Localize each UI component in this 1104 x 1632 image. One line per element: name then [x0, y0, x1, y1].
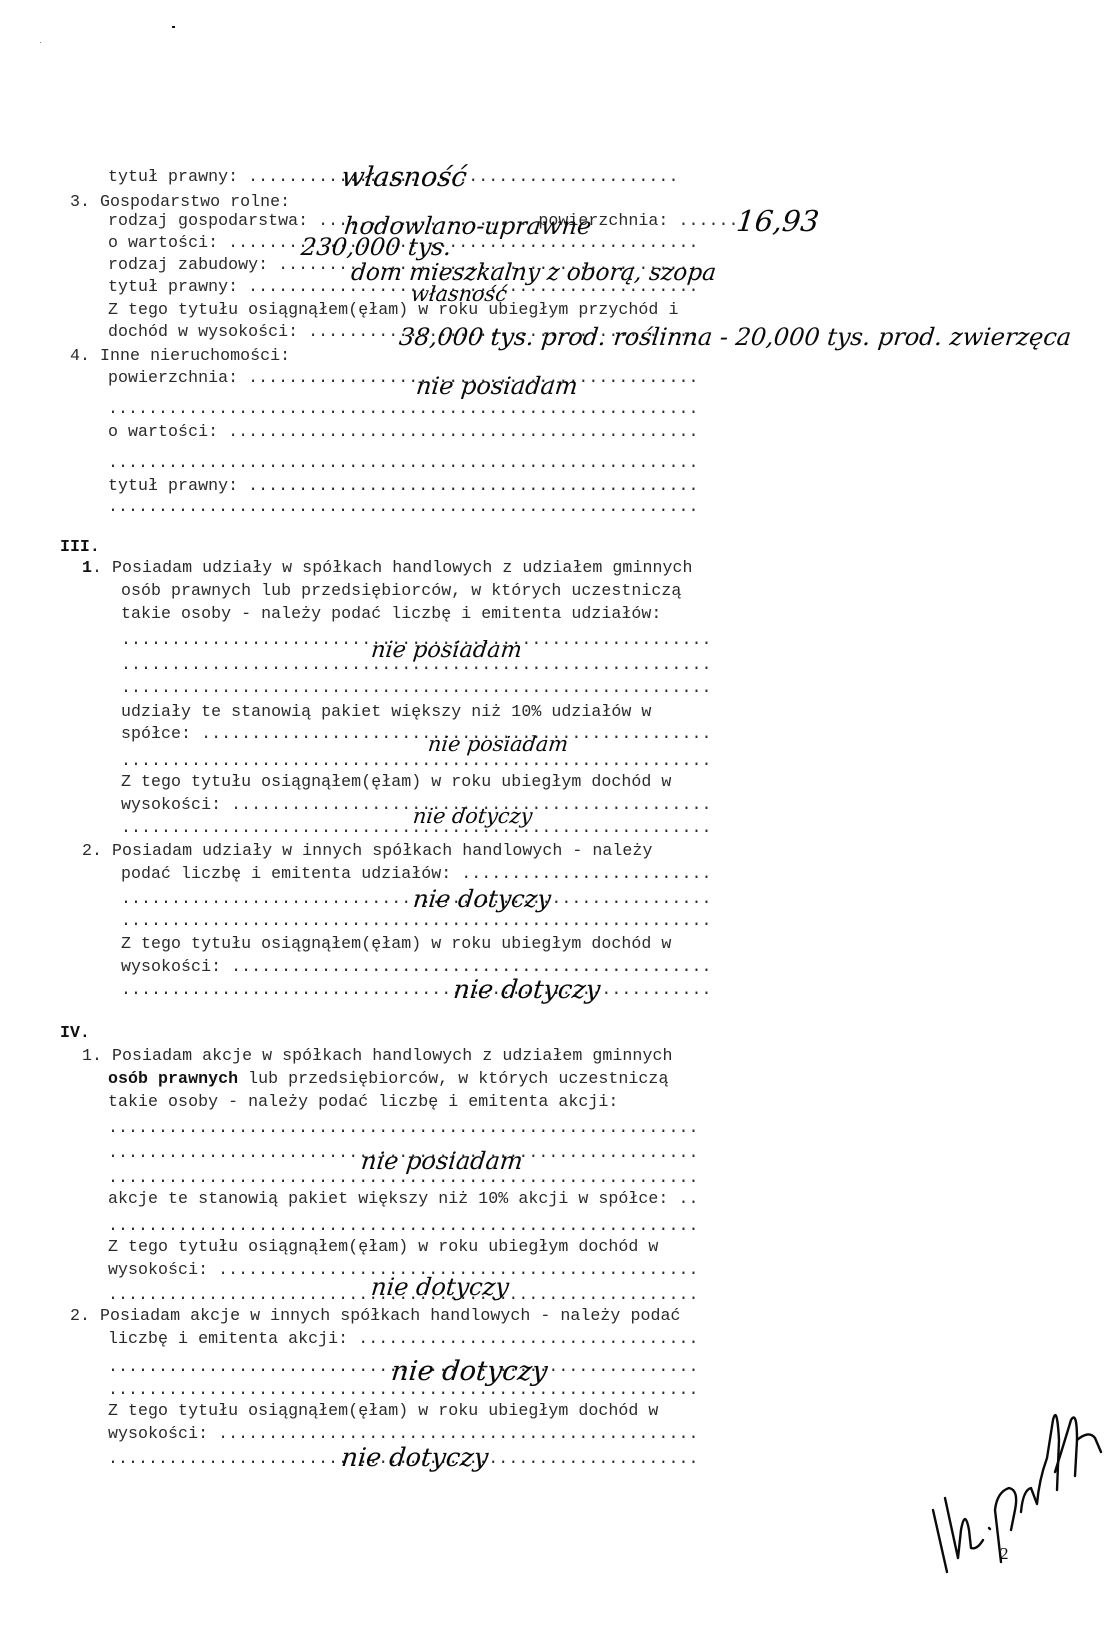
form-line: spółce: ................................…: [121, 724, 711, 744]
handwritten-akcje-gminne-liczba: nie posiadam: [360, 1149, 524, 1173]
form-line: udziały te stanowią pakiet większy niż 1…: [121, 702, 651, 722]
form-line: takie osoby - należy podać liczbę i emit…: [108, 1092, 618, 1112]
form-line: podać liczbę i emitenta udziałów: ......…: [121, 864, 711, 884]
handwritten-akcje-inne-dochod: nie dotyczy: [340, 1446, 489, 1472]
handwritten-udzialy-inne-liczba: nie dotyczy: [412, 887, 552, 911]
handwritten-tytul-prawny-1: własność: [340, 164, 468, 191]
handwritten-dochod-gospodarstwa: 38,000 tys. prod. roślinna - 20,000 tys.…: [398, 325, 1072, 349]
handwritten-udzialy-inne-dochod: nie dotyczy: [452, 978, 601, 1004]
form-line: Z tego tytułu osiągnąłem(ęłam) w roku ub…: [108, 1237, 658, 1257]
handwritten-inne-nieruchomosci-powierzchnia: nie posiadam: [415, 374, 579, 398]
scan-speck: [172, 26, 175, 28]
form-line: 1. Posiadam akcje w spółkach handlowych …: [82, 1046, 672, 1066]
form-line: 1. Posiadam udziały w spółkach handlowyc…: [82, 558, 693, 578]
handwritten-akcje-inne-liczba: nie dotyczy: [390, 1358, 549, 1385]
fill-line: ........................................…: [121, 678, 711, 698]
form-line: 4. Inne nieruchomości:: [70, 346, 290, 366]
fill-line: ........................................…: [108, 497, 698, 517]
fill-line: ........................................…: [108, 1216, 698, 1236]
handwritten-wartosc-gospodarstwa: 230,000 tys.: [300, 235, 453, 259]
form-line: takie osoby - należy podać liczbę i emit…: [121, 604, 661, 624]
form-line: wysokości: .............................…: [108, 1424, 698, 1444]
form-line: liczbę i emitenta akcji: ...............…: [108, 1329, 698, 1349]
fill-line: ........................................…: [108, 399, 698, 419]
fill-line: ........................................…: [121, 980, 711, 1000]
form-line: powierzchnia: ..........................…: [108, 368, 698, 388]
section-heading-sec4: IV.: [60, 1023, 90, 1042]
handwritten-tytul-prawny-gospodarstwa: własność: [410, 284, 508, 305]
handwritten-powierzchnia-gospodarstwa: 16,93: [735, 207, 820, 236]
handwritten-udzialy-gminne-liczba: nie posiadam: [370, 639, 523, 661]
form-line: Z tego tytułu osiągnąłem(ęłam) w roku ub…: [108, 1401, 658, 1421]
form-line: osób prawnych lub przedsiębiorców, w któ…: [121, 581, 681, 601]
fill-line: ........................................…: [108, 1118, 698, 1138]
handwritten-udzialy-gminne-dochod: nie dotyczy: [412, 806, 533, 827]
scan-speck: [40, 42, 41, 43]
form-line: akcje te stanowią pakiet większy niż 10%…: [108, 1189, 698, 1209]
form-line: osób prawnych lub przedsiębiorców, w któ…: [108, 1069, 668, 1089]
fill-line: ........................................…: [121, 751, 711, 771]
form-line: Z tego tytułu osiągnąłem(ęłam) w roku ub…: [121, 934, 671, 954]
form-line: Z tego tytułu osiągnąłem(ęłam) w roku ub…: [121, 772, 671, 792]
form-line: 2. Posiadam akcje w innych spółkach hand…: [70, 1306, 680, 1326]
handwritten-rodzaj-zabudowy: dom mieszkalny z oborą, szopa: [350, 261, 717, 284]
fill-line: ........................................…: [121, 911, 711, 931]
signature: [925, 1380, 1104, 1590]
form-line: o wartości: ............................…: [108, 422, 698, 442]
fill-line: ........................................…: [108, 453, 698, 473]
form-line: 2. Posiadam udziały w innych spółkach ha…: [82, 841, 652, 861]
form-line: tytuł prawny: ..........................…: [108, 476, 698, 496]
section-heading-sec3: III.: [60, 537, 100, 556]
form-line: wysokości: .............................…: [121, 957, 711, 977]
handwritten-udzialy-pakiet-10: nie posiadam: [427, 734, 569, 755]
handwritten-akcje-gminne-dochod: nie dotyczy: [370, 1275, 510, 1299]
form-line: 3. Gospodarstwo rolne:: [70, 192, 290, 212]
form-line: Z tego tytułu osiągnąłem(ęłam) w roku ub…: [108, 300, 678, 320]
